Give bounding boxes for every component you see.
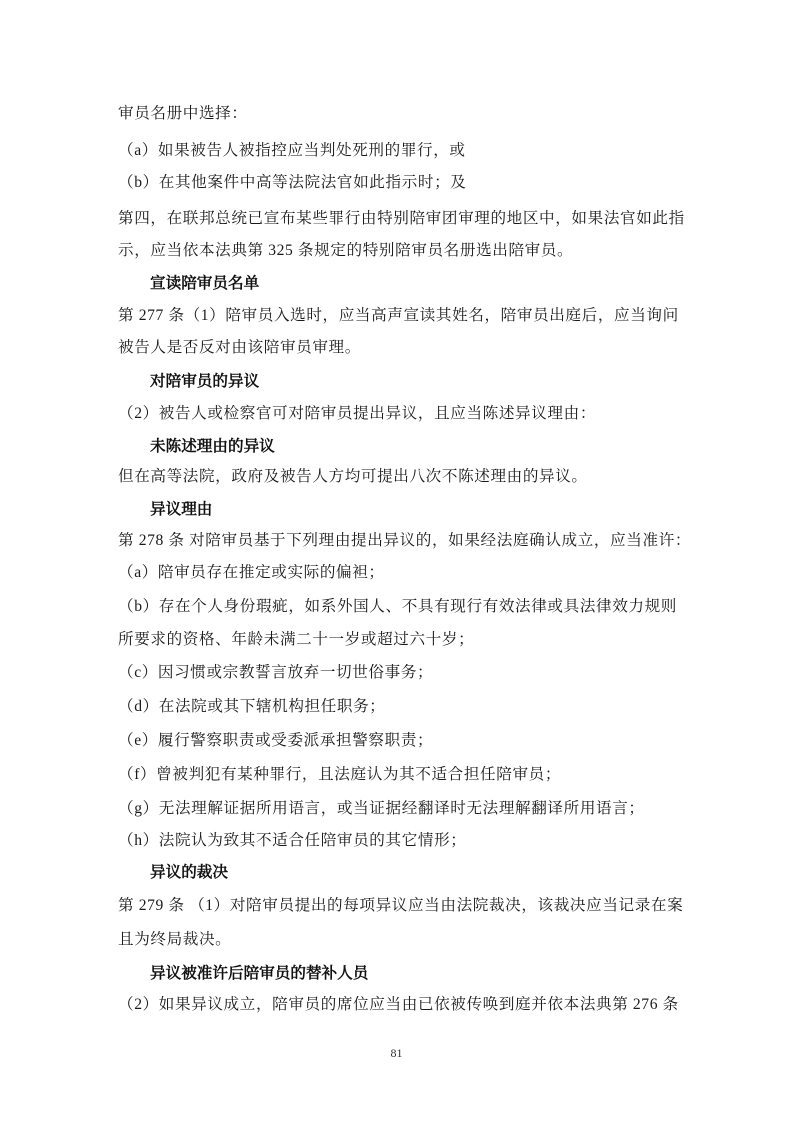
paragraph-line: 但在高等法院，政府及被告人方均可提出八次不陈述理由的异议。 (118, 467, 588, 487)
paragraph-line: 所要求的资格、年龄未满二十一岁或超过六十岁； (118, 630, 474, 650)
paragraph-line: （c）因习惯或宗教誓言放弃一切世俗事务； (118, 663, 433, 683)
section-heading: 未陈述理由的异议 (150, 436, 275, 456)
paragraph-line: 审员名册中选择： (118, 104, 248, 124)
paragraph-line: （h）法院认为致其不适合任陪审员的其它情形； (118, 831, 466, 851)
section-heading: 异议的裁决 (150, 862, 228, 882)
page-number: 81 (0, 1046, 793, 1061)
paragraph-line: （b）存在个人身份瑕疵，如系外国人、不具有现行有效法律或具法律效力规则 (118, 597, 677, 617)
paragraph-line: （b）在其他案件中高等法院法官如此指示时；及 (118, 173, 466, 193)
paragraph-line: 第 278 条 对陪审员基于下列理由提出异议的，如果经法庭确认成立，应当准许： (118, 531, 691, 551)
paragraph-line: 第 277 条（1）陪审员入选时，应当高声宣读其姓名，陪审员出庭后，应当询问 (118, 306, 679, 326)
paragraph-line: （f）曾被判犯有某种罪行，且法庭认为其不适合担任陪审员； (118, 765, 561, 785)
section-heading: 异议被准许后陪审员的替补人员 (150, 963, 368, 983)
document-page: 审员名册中选择：（a）如果被告人被指控应当判处死刑的罪行，或（b）在其他案件中高… (0, 0, 793, 1122)
paragraph-line: （g）无法理解证据所用语言，或当证据经翻译时无法理解翻译所用语言； (118, 799, 645, 819)
paragraph-line: 且为终局裁决。 (118, 930, 231, 950)
paragraph-line: （d）在法院或其下辖机构担任职务； (118, 697, 386, 717)
section-heading: 宣读陪审员名单 (150, 273, 259, 293)
section-heading: 对陪审员的异议 (150, 371, 259, 391)
paragraph-line: （2）被告人或检察官可对陪审员提出异议，且应当陈述异议理由： (118, 404, 596, 424)
paragraph-line: （e）履行警察职责或受委派承担警察职责； (118, 731, 433, 751)
paragraph-line: （2）如果异议成立，陪审员的席位应当由已依被传唤到庭并依本法典第 276 条 (118, 995, 679, 1015)
paragraph-line: （a）陪审员存在推定或实际的偏袒； (118, 563, 385, 583)
section-heading: 异议理由 (150, 499, 212, 519)
paragraph-line: 示，应当依本法典第 325 条规定的特别陪审员名册选出陪审员。 (118, 241, 573, 261)
paragraph-line: （a）如果被告人被指控应当判处死刑的罪行，或 (118, 141, 466, 161)
paragraph-line: 第四，在联邦总统已宣布某些罪行由特别陪审团审理的地区中，如果法官如此指 (118, 209, 685, 229)
paragraph-line: 第 279 条 （1）对陪审员提出的每项异议应当由法院裁决，该裁决应当记录在案 (118, 896, 683, 916)
paragraph-line: 被告人是否反对由该陪审员审理。 (118, 338, 361, 358)
